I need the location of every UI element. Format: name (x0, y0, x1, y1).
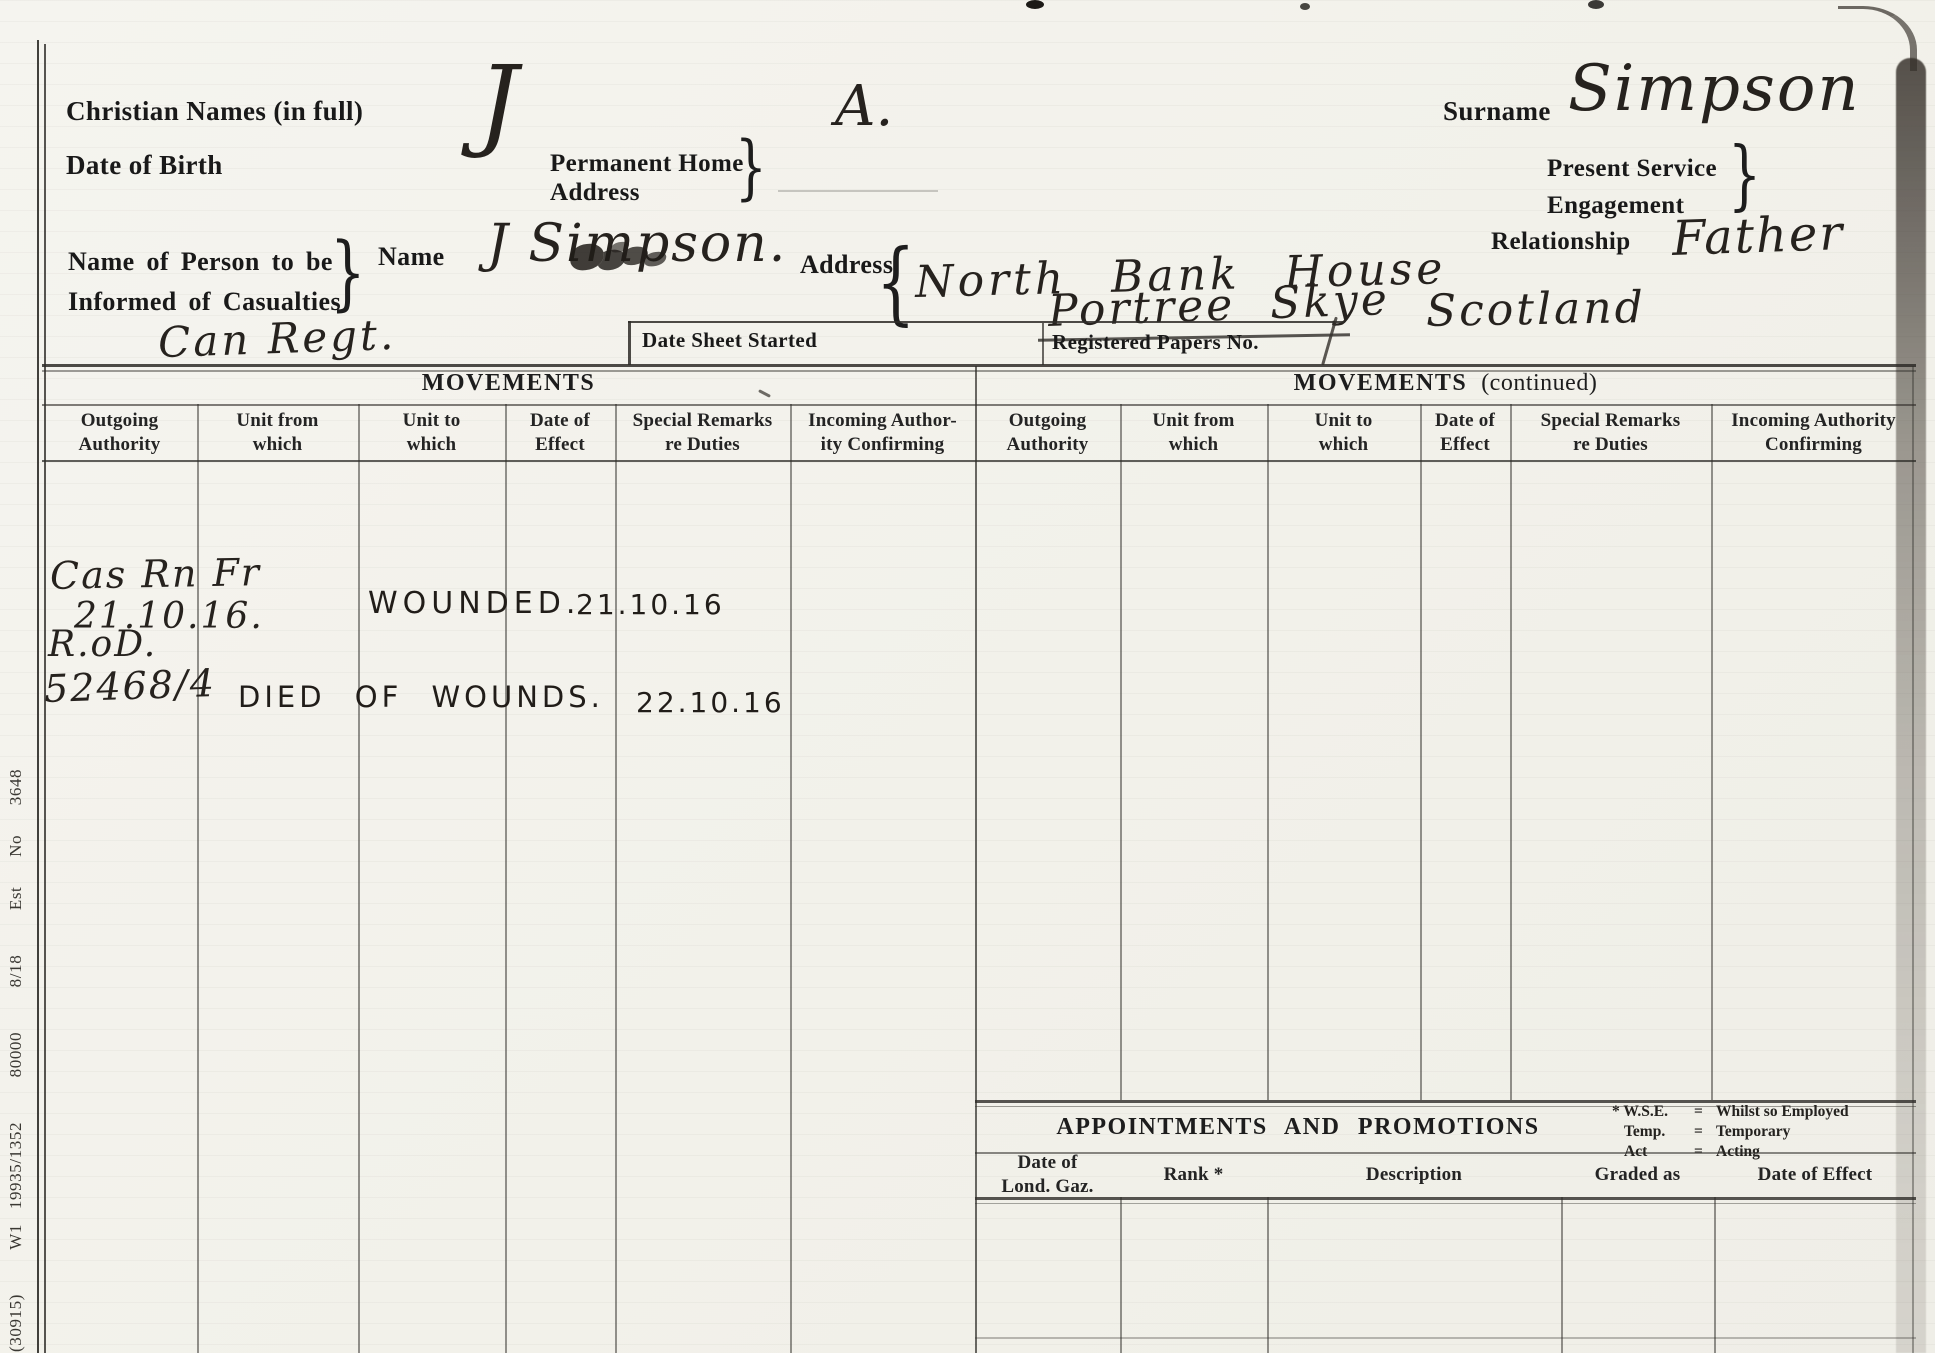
footnote-temp-abbr: Temp. (1612, 1122, 1694, 1142)
relationship-value: Father (1671, 205, 1845, 267)
entry2-authority-ref: 52468/4 (43, 661, 216, 711)
date-of-birth-label: Date of Birth (66, 150, 223, 181)
right-table-line-5 (1711, 404, 1713, 1100)
movements-continued-suffix: (continued) (1481, 370, 1597, 397)
header-rule-1 (42, 364, 1916, 367)
left-col-outgoing-authority: Outgoing Authority (42, 406, 197, 460)
person-informed-brace: } (330, 233, 366, 314)
left-col-date-of-effect: Date of Effect (505, 406, 615, 460)
left-table-line-3 (505, 404, 507, 1353)
entry1-date: 21.10.16 (576, 588, 725, 621)
casualty-form-page: (30915) W1 19935/1352 80000 8/18 Est No … (0, 0, 1935, 1353)
present-service-label: Present Service (1547, 155, 1717, 183)
person-informed-label: Name of Person to be Informed of Casualt… (68, 242, 341, 323)
engagement-label: Engagement (1547, 192, 1684, 220)
right-table-line-2 (1267, 404, 1269, 1100)
sheet-box-divider (1042, 323, 1044, 365)
sheet-box-left-border (628, 321, 631, 365)
appt-table-line-4 (1714, 1197, 1716, 1353)
right-col-unit-to: Unit to which (1267, 406, 1420, 460)
footnote-wse-abbr: * W.S.E. (1612, 1102, 1694, 1122)
left-col-incoming-authority: Incoming Author- ity Confirming (790, 406, 975, 460)
right-table-line-1 (1120, 404, 1122, 1100)
right-col-special-remarks: Special Remarks re Duties (1510, 406, 1711, 460)
appt-table-line-3 (1561, 1197, 1563, 1353)
appt-col-date-lond-gaz: Date of Lond. Gaz. (975, 1153, 1120, 1197)
entry1-remark: WOUNDED. (368, 586, 580, 621)
appt-row-line (975, 1337, 1916, 1339)
initial-value: A. (835, 74, 893, 139)
registered-papers-label: Registered Papers No. (1052, 330, 1259, 355)
movements-continued-title: MOVEMENTS (continued) (975, 370, 1916, 397)
left-table-line-4 (615, 404, 617, 1353)
scan-mark-top-3 (1588, 0, 1604, 9)
date-sheet-started-label: Date Sheet Started (642, 328, 817, 353)
appointments-header-bottom-border-2 (975, 1203, 1916, 1204)
name-label: Name (378, 242, 445, 272)
footnote-wse-eq: = (1694, 1102, 1716, 1122)
appointments-title: APPOINTMENTS AND PROMOTIONS (975, 1114, 1621, 1141)
appt-col-rank: Rank * (1120, 1153, 1267, 1197)
footnote-temp-meaning: Temporary (1716, 1122, 1849, 1142)
surname-value: Simpson (1568, 52, 1861, 126)
surname-label: Surname (1443, 96, 1551, 127)
left-border-outer (37, 40, 39, 1353)
movements-header-bottom-border (42, 460, 1916, 462)
informed-name-value: J Simpson. (487, 214, 787, 274)
right-table-edge (1912, 366, 1914, 1353)
appt-table-line-1 (1120, 1197, 1122, 1353)
present-service-brace: } (1728, 138, 1761, 213)
address-brace: { (876, 238, 915, 328)
christian-names-value: J (478, 44, 518, 161)
right-table-line-4 (1510, 404, 1512, 1100)
sheet-box-top-border (628, 321, 1345, 323)
tables-divider (975, 366, 977, 1353)
right-col-incoming-authority: Incoming Authority Confirming (1711, 406, 1916, 460)
left-col-special-remarks: Special Remarks re Duties (615, 406, 790, 460)
footnote-wse-meaning: Whilst so Employed (1716, 1102, 1849, 1122)
right-col-outgoing-authority: Outgoing Authority (975, 406, 1120, 460)
address-write-line (778, 190, 938, 192)
appt-col-date-of-effect: Date of Effect (1714, 1153, 1916, 1197)
entry2-remark: DIED OF WOUNDS. (238, 680, 604, 714)
appointments-header-bottom-border-1 (975, 1197, 1916, 1200)
right-table-line-3 (1420, 404, 1422, 1100)
appt-table-line-2 (1267, 1197, 1269, 1353)
appt-col-graded-as: Graded as (1561, 1153, 1714, 1197)
informed-address-line2: Portree Skye (1047, 274, 1390, 337)
left-table-line-2 (358, 404, 360, 1353)
informed-address-line3: Scotland (1426, 282, 1647, 337)
form-print-code: (30915) W1 19935/1352 80000 8/18 Est No … (6, 712, 26, 1352)
entry2-date: 22.10.16 (636, 686, 785, 719)
entry2-authority: R.oD. (48, 624, 157, 665)
movements-continued-word: MOVEMENTS (1294, 370, 1468, 397)
left-col-unit-to: Unit to which (358, 406, 505, 460)
scan-mark-top-1 (1026, 0, 1044, 9)
permanent-home-label: Permanent Home Address (550, 150, 744, 208)
right-col-date-of-effect: Date of Effect (1420, 406, 1510, 460)
entry1-authority: Cas Rn Fr (50, 550, 262, 598)
movements-title: MOVEMENTS (42, 370, 975, 397)
footnote-temp-eq: = (1694, 1122, 1716, 1142)
appt-col-description: Description (1267, 1153, 1561, 1197)
right-col-unit-from: Unit from which (1120, 406, 1267, 460)
christian-names-label: Christian Names (in full) (66, 96, 363, 127)
scan-mark-top-2 (1300, 3, 1310, 10)
left-col-unit-from: Unit from which (197, 406, 358, 460)
permanent-home-brace: } (735, 132, 767, 202)
regiment-note-value: Can Regt. (157, 310, 397, 367)
relationship-label: Relationship (1491, 228, 1631, 256)
left-table-line-1 (197, 404, 199, 1353)
left-table-line-5 (790, 404, 792, 1353)
